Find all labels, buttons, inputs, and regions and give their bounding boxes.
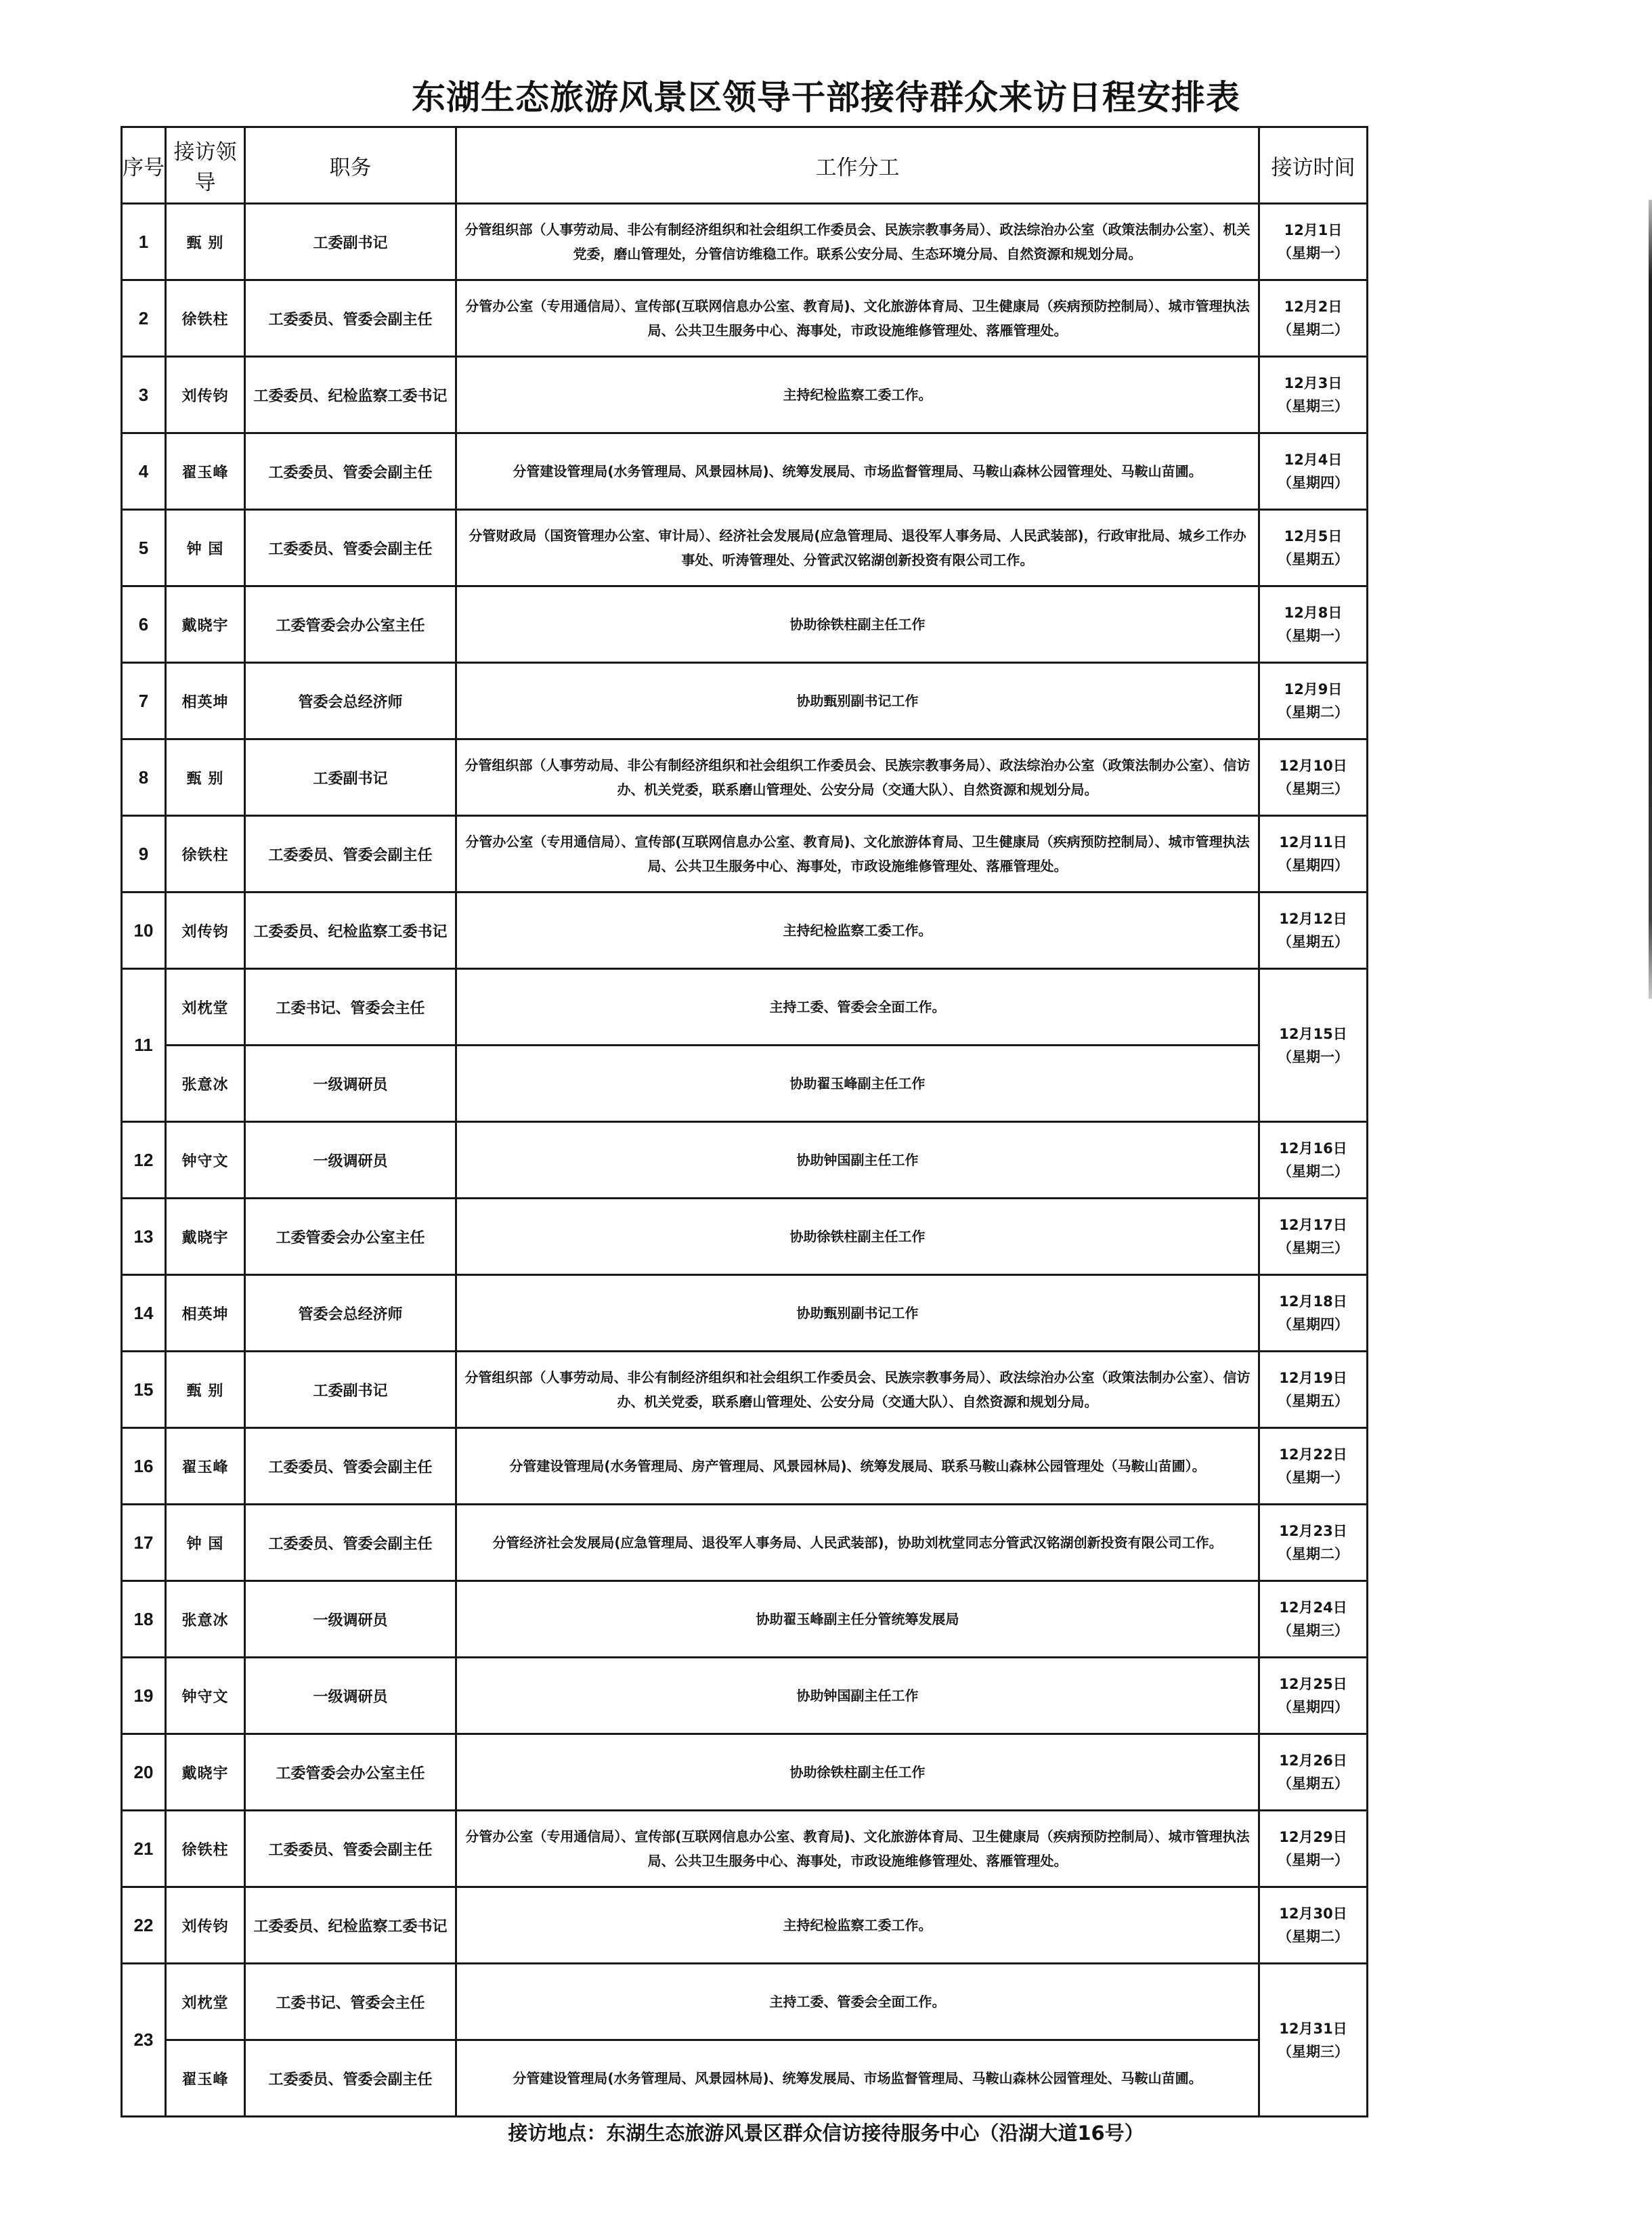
row-title: 工委管委会办公室主任: [245, 1199, 456, 1275]
row-title: 工委管委会办公室主任: [245, 586, 456, 663]
row-seq: 18: [122, 1581, 166, 1658]
row-leader: 翟玉峰: [166, 433, 245, 510]
row-work: 分管建设管理局(水务管理局、风景园林局)、统筹发展局、市场监督管理局、马鞍山森林…: [456, 433, 1259, 510]
row-date: 12月5日（星期五）: [1259, 510, 1368, 586]
table-row: 22刘传钧工委委员、纪检监察工委书记主持纪检监察工委工作。12月30日（星期二）: [122, 1887, 1368, 1964]
visit-date: 12月1日: [1267, 219, 1360, 242]
row-work: 协助钟国副主任工作: [456, 1122, 1259, 1199]
row-work: 主持纪检监察工委工作。: [456, 893, 1259, 969]
row-work: 协助徐铁柱副主任工作: [456, 1734, 1259, 1811]
row-seq: 1: [122, 204, 166, 280]
visit-weekday: （星期五）: [1267, 1390, 1360, 1413]
row-leader: 戴晓宇: [166, 1734, 245, 1811]
visit-date: 12月8日: [1267, 601, 1360, 624]
row-seq: 23: [122, 1964, 166, 2117]
row-leader: 徐铁柱: [166, 1811, 245, 1887]
visit-weekday: （星期三）: [1267, 1236, 1360, 1260]
row-title: 工委委员、管委会副主任: [245, 816, 456, 893]
row-work: 分管组织部（人事劳动局、非公有制经济组织和社会组织工作委员会、民族宗教事务局）、…: [456, 204, 1259, 280]
row-date: 12月26日（星期五）: [1259, 1734, 1368, 1811]
row-seq: 10: [122, 893, 166, 969]
row-title: 工委委员、管委会副主任: [245, 1811, 456, 1887]
visit-weekday: （星期五）: [1267, 548, 1360, 571]
row-seq: 15: [122, 1352, 166, 1428]
table-row: 23刘枕堂工委书记、管委会主任主持工委、管委会全面工作。12月31日（星期三）: [122, 1964, 1368, 2040]
row-date: 12月4日（星期四）: [1259, 433, 1368, 510]
row-date: 12月24日（星期三）: [1259, 1581, 1368, 1658]
row-title: 工委管委会办公室主任: [245, 1734, 456, 1811]
row-date: 12月25日（星期四）: [1259, 1658, 1368, 1734]
table-row: 6戴晓宇工委管委会办公室主任协助徐铁柱副主任工作12月8日（星期一）: [122, 586, 1368, 663]
row-leader: 戴晓宇: [166, 1199, 245, 1275]
row-leader: 刘传钧: [166, 1887, 245, 1964]
row-title: 一级调研员: [245, 1122, 456, 1199]
row-leader: 徐铁柱: [166, 816, 245, 893]
row-work: 分管经济社会发展局(应急管理局、退役军人事务局、人民武装部)，协助刘枕堂同志分管…: [456, 1505, 1259, 1581]
row-work: 分管组织部（人事劳动局、非公有制经济组织和社会组织工作委员会、民族宗教事务局）、…: [456, 1352, 1259, 1428]
row-seq: 5: [122, 510, 166, 586]
row-date: 12月19日（星期五）: [1259, 1352, 1368, 1428]
row-seq: 21: [122, 1811, 166, 1887]
visit-date: 12月3日: [1267, 372, 1360, 395]
visit-date: 12月5日: [1267, 525, 1360, 548]
row-seq: 8: [122, 739, 166, 816]
row-work: 协助翟玉峰副主任分管统筹发展局: [456, 1581, 1259, 1658]
table-row: 3刘传钧工委委员、纪检监察工委书记主持纪检监察工委工作。12月3日（星期三）: [122, 357, 1368, 433]
row-seq: 17: [122, 1505, 166, 1581]
row-leader: 徐铁柱: [166, 280, 245, 357]
row-seq: 2: [122, 280, 166, 357]
row-date: 12月9日（星期二）: [1259, 663, 1368, 739]
table-row: 19钟守文一级调研员协助钟国副主任工作12月25日（星期四）: [122, 1658, 1368, 1734]
row-leader: 戴晓宇: [166, 586, 245, 663]
row-leader: 钟守文: [166, 1658, 245, 1734]
visit-weekday: （星期二）: [1267, 318, 1360, 341]
schedule-body: 1甄 别工委副书记分管组织部（人事劳动局、非公有制经济组织和社会组织工作委员会、…: [122, 204, 1368, 2117]
visit-weekday: （星期三）: [1267, 1619, 1360, 1642]
header-seq: 序号: [122, 127, 166, 204]
row-work: 分管建设管理局(水务管理局、房产管理局、风景园林局)、统筹发展局、联系马鞍山森林…: [456, 1428, 1259, 1505]
page-title: 东湖生态旅游风景区领导干部接待群众来访日程安排表: [0, 70, 1652, 119]
visit-date: 12月25日: [1267, 1673, 1360, 1696]
row-leader: 翟玉峰: [166, 1428, 245, 1505]
row-date: 12月30日（星期二）: [1259, 1887, 1368, 1964]
table-row: 2徐铁柱工委委员、管委会副主任分管办公室（专用通信局）、宣传部(互联网信息办公室…: [122, 280, 1368, 357]
row-seq: 4: [122, 433, 166, 510]
row-leader: 翟玉峰: [166, 2040, 245, 2117]
row-leader: 刘传钧: [166, 893, 245, 969]
visit-date: 12月31日: [1267, 2017, 1360, 2040]
visit-date: 12月17日: [1267, 1213, 1360, 1236]
scan-edge-artifact: [1649, 200, 1652, 999]
visit-weekday: （星期二）: [1267, 701, 1360, 724]
row-work: 分管财政局（国资管理办公室、审计局）、经济社会发展局(应急管理局、退役军人事务局…: [456, 510, 1259, 586]
row-work: 协助徐铁柱副主任工作: [456, 1199, 1259, 1275]
header-date: 接访时间: [1259, 127, 1368, 204]
row-title: 一级调研员: [245, 1581, 456, 1658]
row-leader: 相英坤: [166, 1275, 245, 1352]
row-seq: 22: [122, 1887, 166, 1964]
visit-weekday: （星期四）: [1267, 471, 1360, 494]
table-row: 张意冰一级调研员协助翟玉峰副主任工作: [122, 1046, 1368, 1122]
row-title: 管委会总经济师: [245, 1275, 456, 1352]
row-date: 12月16日（星期二）: [1259, 1122, 1368, 1199]
row-date: 12月10日（星期三）: [1259, 739, 1368, 816]
visit-weekday: （星期一）: [1267, 624, 1360, 647]
visit-date: 12月30日: [1267, 1902, 1360, 1925]
row-leader: 刘枕堂: [166, 969, 245, 1046]
visit-date: 12月15日: [1267, 1023, 1360, 1046]
row-work: 分管组织部（人事劳动局、非公有制经济组织和社会组织工作委员会、民族宗教事务局）、…: [456, 739, 1259, 816]
row-seq: 16: [122, 1428, 166, 1505]
visit-date: 12月26日: [1267, 1749, 1360, 1772]
table-row: 12钟守文一级调研员协助钟国副主任工作12月16日（星期二）: [122, 1122, 1368, 1199]
row-seq: 12: [122, 1122, 166, 1199]
row-seq: 3: [122, 357, 166, 433]
visit-date: 12月19日: [1267, 1367, 1360, 1390]
visit-weekday: （星期三）: [1267, 395, 1360, 418]
table-row: 11刘枕堂工委书记、管委会主任主持工委、管委会全面工作。12月15日（星期一）: [122, 969, 1368, 1046]
row-title: 管委会总经济师: [245, 663, 456, 739]
visit-date: 12月9日: [1267, 678, 1360, 701]
schedule-table: 序号 接访领导 职务 工作分工 接访时间 1甄 别工委副书记分管组织部（人事劳动…: [121, 126, 1368, 2117]
visit-date: 12月4日: [1267, 448, 1360, 471]
table-row: 13戴晓宇工委管委会办公室主任协助徐铁柱副主任工作12月17日（星期三）: [122, 1199, 1368, 1275]
row-seq: 14: [122, 1275, 166, 1352]
row-leader: 刘枕堂: [166, 1964, 245, 2040]
row-leader: 钟 国: [166, 510, 245, 586]
row-date: 12月22日（星期一）: [1259, 1428, 1368, 1505]
row-date: 12月1日（星期一）: [1259, 204, 1368, 280]
visit-weekday: （星期一）: [1267, 1466, 1360, 1489]
row-title: 工委委员、管委会副主任: [245, 280, 456, 357]
row-work: 分管办公室（专用通信局）、宣传部(互联网信息办公室、教育局)、文化旅游体育局、卫…: [456, 816, 1259, 893]
table-row: 4翟玉峰工委委员、管委会副主任分管建设管理局(水务管理局、风景园林局)、统筹发展…: [122, 433, 1368, 510]
visit-date: 12月12日: [1267, 907, 1360, 930]
table-row: 21徐铁柱工委委员、管委会副主任分管办公室（专用通信局）、宣传部(互联网信息办公…: [122, 1811, 1368, 1887]
visit-weekday: （星期五）: [1267, 1772, 1360, 1795]
row-date: 12月2日（星期二）: [1259, 280, 1368, 357]
row-seq: 11: [122, 969, 166, 1122]
table-row: 20戴晓宇工委管委会办公室主任协助徐铁柱副主任工作12月26日（星期五）: [122, 1734, 1368, 1811]
row-date: 12月8日（星期一）: [1259, 586, 1368, 663]
visit-weekday: （星期三）: [1267, 2040, 1360, 2063]
row-seq: 19: [122, 1658, 166, 1734]
table-row: 翟玉峰工委委员、管委会副主任分管建设管理局(水务管理局、风景园林局)、统筹发展局…: [122, 2040, 1368, 2117]
row-title: 一级调研员: [245, 1658, 456, 1734]
header-title: 职务: [245, 127, 456, 204]
row-leader: 钟守文: [166, 1122, 245, 1199]
visit-weekday: （星期一）: [1267, 1849, 1360, 1872]
row-seq: 20: [122, 1734, 166, 1811]
row-title: 工委书记、管委会主任: [245, 969, 456, 1046]
visit-date: 12月10日: [1267, 754, 1360, 777]
row-date: 12月31日（星期三）: [1259, 1964, 1368, 2117]
header-leader: 接访领导: [166, 127, 245, 204]
table-row: 14相英坤管委会总经济师协助甄别副书记工作12月18日（星期四）: [122, 1275, 1368, 1352]
visit-date: 12月23日: [1267, 1520, 1360, 1543]
row-title: 工委委员、管委会副主任: [245, 510, 456, 586]
row-work: 主持工委、管委会全面工作。: [456, 1964, 1259, 2040]
row-leader: 钟 国: [166, 1505, 245, 1581]
visit-date: 12月16日: [1267, 1137, 1360, 1160]
visit-date: 12月2日: [1267, 295, 1360, 318]
visit-date: 12月11日: [1267, 831, 1360, 854]
visit-weekday: （星期五）: [1267, 930, 1360, 953]
table-row: 15甄 别工委副书记分管组织部（人事劳动局、非公有制经济组织和社会组织工作委员会…: [122, 1352, 1368, 1428]
row-title: 工委委员、管委会副主任: [245, 1505, 456, 1581]
row-leader: 甄 别: [166, 1352, 245, 1428]
table-row: 5钟 国工委委员、管委会副主任分管财政局（国资管理办公室、审计局）、经济社会发展…: [122, 510, 1368, 586]
row-seq: 7: [122, 663, 166, 739]
row-title: 工委副书记: [245, 204, 456, 280]
table-row: 7相英坤管委会总经济师协助甄别副书记工作12月9日（星期二）: [122, 663, 1368, 739]
visit-weekday: （星期二）: [1267, 1160, 1360, 1183]
table-row: 17钟 国工委委员、管委会副主任分管经济社会发展局(应急管理局、退役军人事务局、…: [122, 1505, 1368, 1581]
row-work: 分管办公室（专用通信局）、宣传部(互联网信息办公室、教育局)、文化旅游体育局、卫…: [456, 280, 1259, 357]
visit-weekday: （星期一）: [1267, 242, 1360, 265]
row-title: 工委副书记: [245, 1352, 456, 1428]
row-leader: 相英坤: [166, 663, 245, 739]
row-work: 协助徐铁柱副主任工作: [456, 586, 1259, 663]
row-work: 协助甄别副书记工作: [456, 663, 1259, 739]
row-work: 主持工委、管委会全面工作。: [456, 969, 1259, 1046]
visit-weekday: （星期四）: [1267, 1313, 1360, 1336]
table-row: 18张意冰一级调研员协助翟玉峰副主任分管统筹发展局12月24日（星期三）: [122, 1581, 1368, 1658]
row-work: 分管建设管理局(水务管理局、风景园林局)、统筹发展局、市场监督管理局、马鞍山森林…: [456, 2040, 1259, 2117]
row-work: 协助钟国副主任工作: [456, 1658, 1259, 1734]
row-date: 12月17日（星期三）: [1259, 1199, 1368, 1275]
row-date: 12月3日（星期三）: [1259, 357, 1368, 433]
row-seq: 6: [122, 586, 166, 663]
row-date: 12月11日（星期四）: [1259, 816, 1368, 893]
row-title: 工委委员、纪检监察工委书记: [245, 1887, 456, 1964]
row-work: 协助甄别副书记工作: [456, 1275, 1259, 1352]
visit-date: 12月29日: [1267, 1826, 1360, 1849]
row-work: 协助翟玉峰副主任工作: [456, 1046, 1259, 1122]
table-header-row: 序号 接访领导 职务 工作分工 接访时间: [122, 127, 1368, 204]
visit-weekday: （星期二）: [1267, 1925, 1360, 1948]
row-title: 工委委员、管委会副主任: [245, 2040, 456, 2117]
row-seq: 9: [122, 816, 166, 893]
visit-weekday: （星期三）: [1267, 777, 1360, 800]
visit-weekday: （星期二）: [1267, 1543, 1360, 1566]
row-title: 工委副书记: [245, 739, 456, 816]
row-title: 工委书记、管委会主任: [245, 1964, 456, 2040]
row-title: 工委委员、纪检监察工委书记: [245, 357, 456, 433]
row-date: 12月29日（星期一）: [1259, 1811, 1368, 1887]
table-row: 16翟玉峰工委委员、管委会副主任分管建设管理局(水务管理局、房产管理局、风景园林…: [122, 1428, 1368, 1505]
row-leader: 甄 别: [166, 204, 245, 280]
row-date: 12月23日（星期二）: [1259, 1505, 1368, 1581]
row-date: 12月12日（星期五）: [1259, 893, 1368, 969]
visit-weekday: （星期四）: [1267, 854, 1360, 877]
visit-date: 12月24日: [1267, 1596, 1360, 1619]
visit-date: 12月22日: [1267, 1443, 1360, 1466]
row-work: 分管办公室（专用通信局）、宣传部(互联网信息办公室、教育局)、文化旅游体育局、卫…: [456, 1811, 1259, 1887]
header-work: 工作分工: [456, 127, 1259, 204]
row-date: 12月15日（星期一）: [1259, 969, 1368, 1122]
row-leader: 甄 别: [166, 739, 245, 816]
row-title: 工委委员、管委会副主任: [245, 433, 456, 510]
row-leader: 张意冰: [166, 1581, 245, 1658]
visit-date: 12月18日: [1267, 1290, 1360, 1313]
visit-weekday: （星期一）: [1267, 1046, 1360, 1069]
table-row: 10刘传钧工委委员、纪检监察工委书记主持纪检监察工委工作。12月12日（星期五）: [122, 893, 1368, 969]
row-leader: 张意冰: [166, 1046, 245, 1122]
row-title: 一级调研员: [245, 1046, 456, 1122]
visit-location-note: 接访地点：东湖生态旅游风景区群众信访接待服务中心（沿湖大道16号）: [0, 2118, 1652, 2146]
table-row: 8甄 别工委副书记分管组织部（人事劳动局、非公有制经济组织和社会组织工作委员会、…: [122, 739, 1368, 816]
visit-weekday: （星期四）: [1267, 1696, 1360, 1719]
row-work: 主持纪检监察工委工作。: [456, 357, 1259, 433]
table-row: 9徐铁柱工委委员、管委会副主任分管办公室（专用通信局）、宣传部(互联网信息办公室…: [122, 816, 1368, 893]
row-work: 主持纪检监察工委工作。: [456, 1887, 1259, 1964]
row-leader: 刘传钧: [166, 357, 245, 433]
table-row: 1甄 别工委副书记分管组织部（人事劳动局、非公有制经济组织和社会组织工作委员会、…: [122, 204, 1368, 280]
row-seq: 13: [122, 1199, 166, 1275]
row-title: 工委委员、管委会副主任: [245, 1428, 456, 1505]
row-title: 工委委员、纪检监察工委书记: [245, 893, 456, 969]
row-date: 12月18日（星期四）: [1259, 1275, 1368, 1352]
